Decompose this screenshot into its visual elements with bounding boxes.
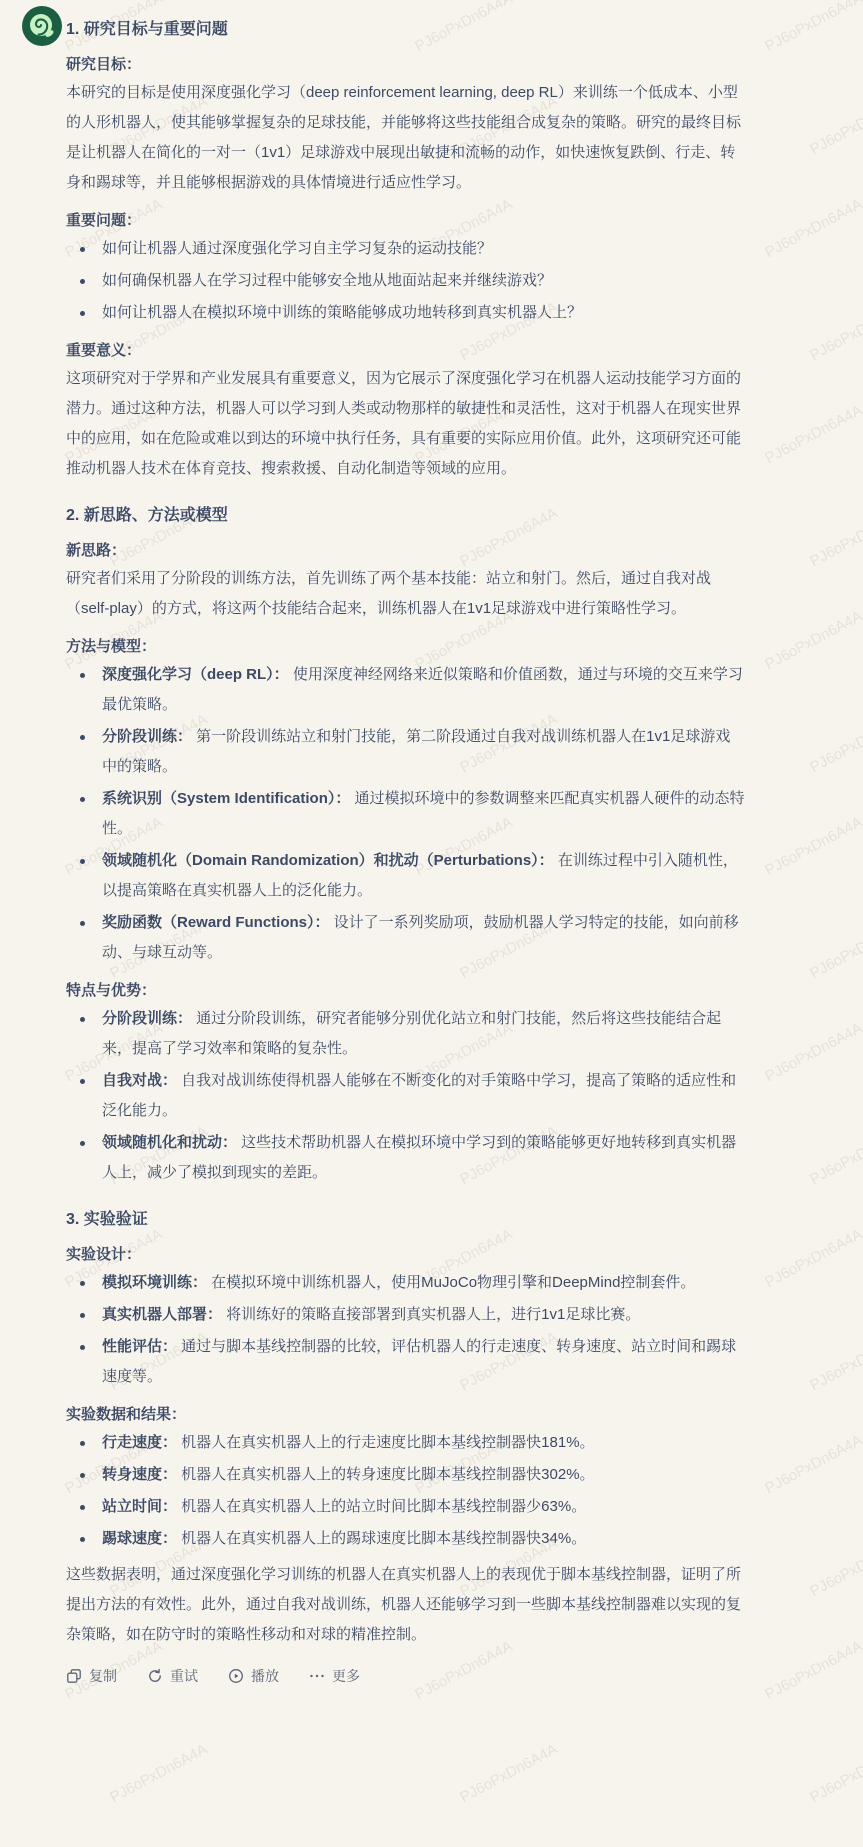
copy-button[interactable]: 复制 — [66, 1666, 117, 1686]
list-item: 转身速度： 机器人在真实机器人上的转身速度比脚本基线控制器快302%。 — [102, 1460, 745, 1490]
list-item-label: 分阶段训练： — [102, 1010, 192, 1027]
list-item-label: 站立时间： — [102, 1498, 177, 1515]
list-item: 自我对战： 自我对战训练使得机器人能够在不断变化的对手策略中学习，提高了策略的适… — [102, 1066, 745, 1126]
paragraph: 这项研究对于学界和产业发展具有重要意义，因为它展示了深度强化学习在机器人运动技能… — [66, 364, 745, 484]
sub-heading: 实验数据和结果： — [66, 1404, 745, 1426]
list-item: 模拟环境训练： 在模拟环境中训练机器人，使用MuJoCo物理引擎和DeepMin… — [102, 1268, 745, 1298]
list-item: 领域随机化（Domain Randomization）和扰动（Perturbat… — [102, 846, 745, 906]
paragraph: 研究者们采用了分阶段的训练方法，首先训练了两个基本技能：站立和射门。然后，通过自… — [66, 564, 745, 624]
list-item-label: 模拟环境训练： — [102, 1274, 207, 1291]
snail-logo-icon — [22, 6, 62, 46]
more-label: 更多 — [332, 1666, 360, 1686]
message-content: 1. 研究目标与重要问题研究目标：本研究的目标是使用深度强化学习（deep re… — [66, 0, 745, 1650]
play-label: 播放 — [251, 1666, 279, 1686]
list-item: 如何让机器人通过深度强化学习自主学习复杂的运动技能？ — [102, 234, 745, 264]
list-item: 深度强化学习（deep RL）： 使用深度神经网络来近似策略和价值函数，通过与环… — [102, 660, 745, 720]
sub-heading: 重要问题： — [66, 210, 745, 232]
list-item-label: 转身速度： — [102, 1466, 177, 1483]
list-item: 奖励函数（Reward Functions）： 设计了一系列奖励项，鼓励机器人学… — [102, 908, 745, 968]
copy-label: 复制 — [89, 1666, 117, 1686]
list-item-label: 深度强化学习（deep RL）： — [102, 666, 289, 683]
sub-heading: 方法与模型： — [66, 636, 745, 658]
list-item-label: 性能评估： — [102, 1338, 177, 1355]
paragraph: 这些数据表明，通过深度强化学习训练的机器人在真实机器人上的表现优于脚本基线控制器… — [66, 1560, 745, 1650]
list-item-label: 奖励函数（Reward Functions）： — [102, 914, 330, 931]
list-item: 系统识别（System Identification）： 通过模拟环境中的参数调… — [102, 784, 745, 844]
list-item-label: 系统识别（System Identification）： — [102, 790, 350, 807]
copy-icon — [66, 1668, 82, 1684]
bullet-list: 行走速度： 机器人在真实机器人上的行走速度比脚本基线控制器快181%。转身速度：… — [66, 1428, 745, 1554]
retry-label: 重试 — [170, 1666, 198, 1686]
play-icon — [228, 1668, 244, 1684]
list-item: 站立时间： 机器人在真实机器人上的站立时间比脚本基线控制器少63%。 — [102, 1492, 745, 1522]
chat-response-page: { "watermark": { "text": "PJ6oPxDn6A4A" … — [0, 0, 863, 1847]
bullet-list: 深度强化学习（deep RL）： 使用深度神经网络来近似策略和价值函数，通过与环… — [66, 660, 745, 968]
list-item: 如何确保机器人在学习过程中能够安全地从地面站起来并继续游戏？ — [102, 266, 745, 296]
more-icon — [309, 1668, 325, 1684]
bullet-list: 如何让机器人通过深度强化学习自主学习复杂的运动技能？如何确保机器人在学习过程中能… — [66, 234, 745, 328]
list-item-label: 行走速度： — [102, 1434, 177, 1451]
sub-heading: 重要意义： — [66, 340, 745, 362]
retry-button[interactable]: 重试 — [147, 1666, 198, 1686]
sub-heading: 特点与优势： — [66, 980, 745, 1002]
list-item: 分阶段训练： 第一阶段训练站立和射门技能，第二阶段通过自我对战训练机器人在1v1… — [102, 722, 745, 782]
list-item-label: 领域随机化（Domain Randomization）和扰动（Perturbat… — [102, 852, 554, 869]
list-item-label: 真实机器人部署： — [102, 1306, 222, 1323]
list-item: 分阶段训练： 通过分阶段训练，研究者能够分别优化站立和射门技能，然后将这些技能结… — [102, 1004, 745, 1064]
list-item: 领域随机化和扰动： 这些技术帮助机器人在模拟环境中学习到的策略能够更好地转移到真… — [102, 1128, 745, 1188]
list-item-label: 分阶段训练： — [102, 728, 192, 745]
section-heading: 2. 新思路、方法或模型 — [66, 504, 745, 528]
sub-heading: 研究目标： — [66, 54, 745, 76]
list-item-label: 自我对战： — [102, 1072, 177, 1089]
paragraph: 本研究的目标是使用深度强化学习（deep reinforcement learn… — [66, 78, 745, 198]
play-button[interactable]: 播放 — [228, 1666, 279, 1686]
section-heading: 3. 实验验证 — [66, 1208, 745, 1232]
message-action-bar: 复制 重试 播放 更多 — [66, 1666, 745, 1686]
section-heading: 1. 研究目标与重要问题 — [66, 18, 745, 42]
bullet-list: 模拟环境训练： 在模拟环境中训练机器人，使用MuJoCo物理引擎和DeepMin… — [66, 1268, 745, 1392]
list-item: 行走速度： 机器人在真实机器人上的行走速度比脚本基线控制器快181%。 — [102, 1428, 745, 1458]
bullet-list: 分阶段训练： 通过分阶段训练，研究者能够分别优化站立和射门技能，然后将这些技能结… — [66, 1004, 745, 1188]
retry-icon — [147, 1668, 163, 1684]
list-item: 性能评估： 通过与脚本基线控制器的比较，评估机器人的行走速度、转身速度、站立时间… — [102, 1332, 745, 1392]
sub-heading: 新思路： — [66, 540, 745, 562]
list-item: 踢球速度： 机器人在真实机器人上的踢球速度比脚本基线控制器快34%。 — [102, 1524, 745, 1554]
more-button[interactable]: 更多 — [309, 1666, 360, 1686]
assistant-avatar — [22, 6, 62, 46]
list-item-label: 领域随机化和扰动： — [102, 1134, 237, 1151]
sub-heading: 实验设计： — [66, 1244, 745, 1266]
list-item: 真实机器人部署： 将训练好的策略直接部署到真实机器人上，进行1v1足球比赛。 — [102, 1300, 745, 1330]
list-item-label: 踢球速度： — [102, 1530, 177, 1547]
list-item: 如何让机器人在模拟环境中训练的策略能够成功地转移到真实机器人上？ — [102, 298, 745, 328]
